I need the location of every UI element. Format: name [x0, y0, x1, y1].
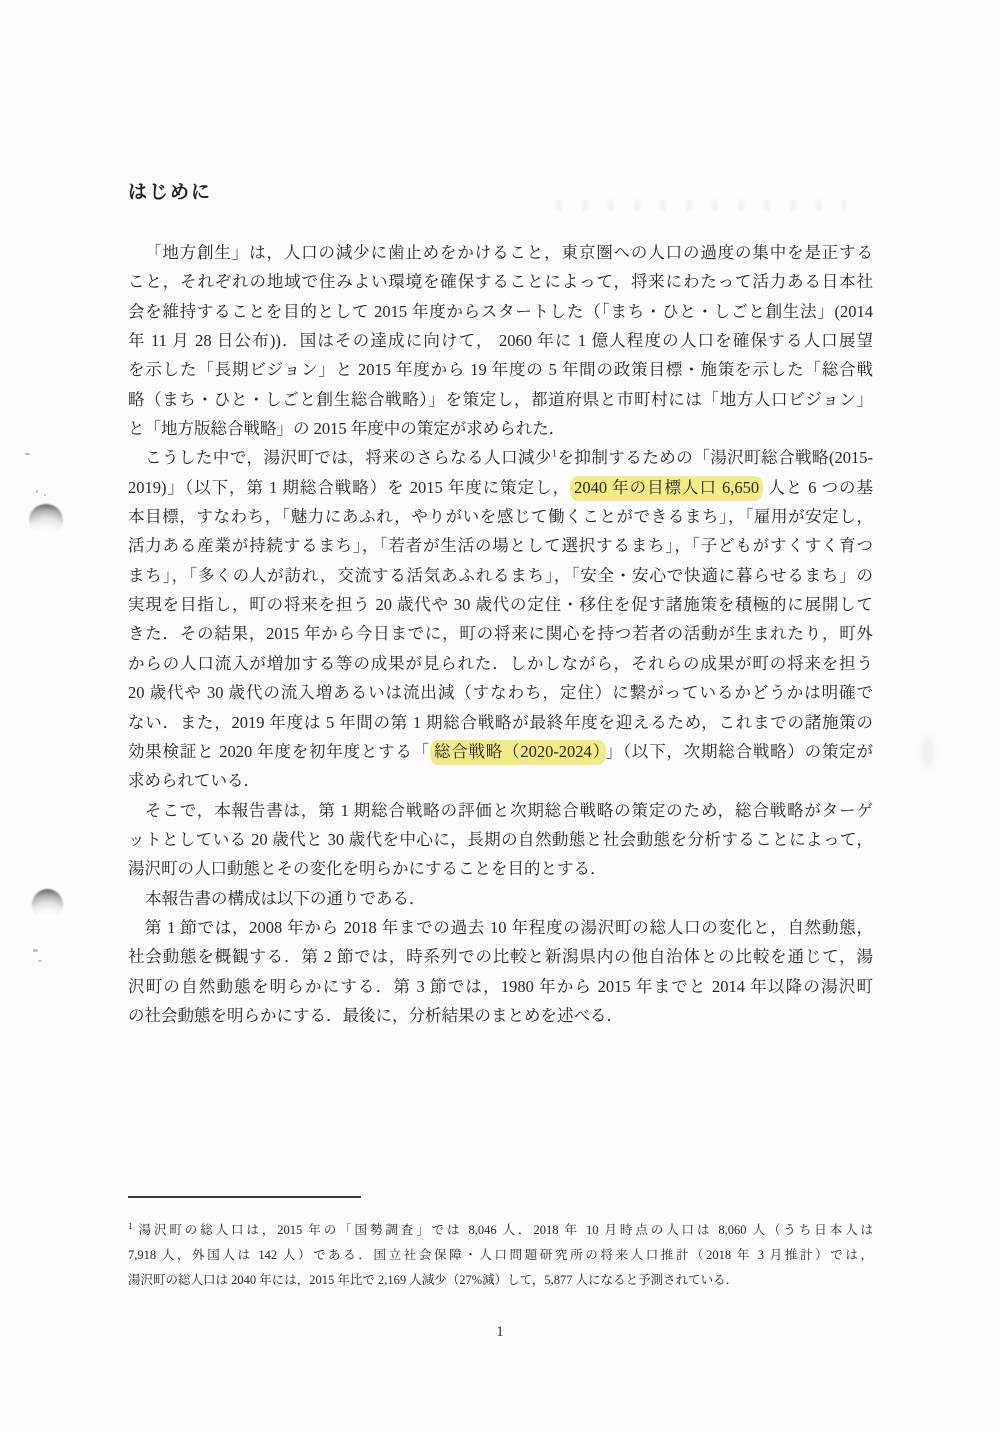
text-line: 湯沢町の総人口は 2040 年には，2015 年比で 2,169 人減少（27%… — [128, 1268, 873, 1293]
text-segment: 活力ある産業が持続するまち」，「若者が生活の場として選択するまち」，「子どもがす… — [128, 536, 873, 555]
text-segment: を示した「長期ビジョン」と 2015 年度から 19 年度の 5 年間の政策目標… — [128, 360, 873, 379]
text-segment: 求められている． — [128, 771, 260, 790]
body-text: 「地方創生」は，人口の減少に歯止めをかけること，東京圏への人口の過度の集中を是正… — [128, 238, 873, 1030]
page-number: 1 — [0, 1324, 1000, 1341]
text-line: 湯沢町の人口動態とその変化を明らかにすることを目的とする． — [128, 854, 873, 883]
text-line: そこで，本報告書は，第 1 期総合戦略の評価と次期総合戦略の策定のため，総合戦略… — [128, 796, 873, 825]
highlighted-text: 2040 年の目標人口 6,650 — [570, 476, 763, 500]
text-line: ットとしている 20 歳代と 30 歳代を中心に，長期の自然動態と社会動態を分析… — [128, 825, 873, 854]
text-line: からの人口流入が増加する等の成果が見られた．しかしながら，それらの成果が町の将来… — [128, 649, 873, 678]
footnote: 1 湯沢町の総人口は，2015 年の「国勢調査」では 8,046 人．2018 … — [128, 1218, 873, 1292]
text-segment: 湯沢町の人口動態とその変化を明らかにすることを目的とする． — [128, 859, 607, 878]
bleed-through-ghost-text — [556, 200, 846, 211]
text-segment: 人と 6 つの基 — [763, 478, 873, 497]
text-line: きた．その結果，2015 年から今日までに，町の将来に関心を持つ若者の活動が生ま… — [128, 619, 873, 648]
text-segment: ない．また，2019 年度は 5 年間の第 1 期総合戦略が最終年度を迎えるため… — [128, 713, 873, 732]
text-segment: 年 11 月 28 日公布))．国はその達成に向けて， 2060 年に 1 億人… — [128, 331, 873, 350]
text-line: 社会動態を概観する．第 2 節では，時系列での比較と新潟県内の他自治体との比較を… — [128, 942, 873, 971]
text-line: 20 歳代や 30 歳代の流入増あるいは流出減（すなわち，定住）に繋がっているか… — [128, 678, 873, 707]
text-line: 本目標，すなわち，「魅力にあふれ，やりがいを感じて働くことができるまち」，「雇用… — [128, 502, 873, 531]
text-line: ない．また，2019 年度は 5 年間の第 1 期総合戦略が最終年度を迎えるため… — [128, 708, 873, 737]
text-segment: そこで，本報告書は，第 1 期総合戦略の評価と次期総合戦略の策定のため，総合戦略… — [145, 801, 873, 820]
text-line: こうした中で，湯沢町では，将来のさらなる人口減少1を抑制するための「湯沢町総合戦… — [128, 443, 873, 472]
text-segment: 沢町の自然動態を明らかにする．第 3 節では，1980 年から 2015 年まで… — [128, 977, 873, 996]
text-segment: を抑制するための「湯沢町総合戦略(2015- — [557, 448, 873, 467]
scan-speck — [38, 960, 42, 962]
text-segment: 7,918 人，外国人は 142 人）である．国立社会保障・人口問題研究所の将来… — [128, 1248, 873, 1262]
text-segment: 効果検証と 2020 年度を初年度とする「 — [128, 742, 430, 761]
text-segment: 略（まち・ひと・しごと創生総合戦略）」を策定し，都道府県と市町村には「地方人口ビ… — [128, 390, 873, 409]
text-line: 7,918 人，外国人は 142 人）である．国立社会保障・人口問題研究所の将来… — [128, 1243, 873, 1268]
text-line: を示した「長期ビジョン」と 2015 年度から 19 年度の 5 年間の政策目標… — [128, 355, 873, 384]
text-line: 「地方創生」は，人口の減少に歯止めをかけること，東京圏への人口の過度の集中を是正… — [128, 238, 873, 267]
text-line: こと，それぞれの地域で住みよい環境を確保することによって，将来にわたって活力ある… — [128, 267, 873, 296]
punch-hole-artifact — [29, 504, 63, 537]
text-segment: と「地方版総合戦略」の 2015 年度中の策定が求められた． — [128, 419, 565, 438]
text-segment: 第 1 節では，2008 年から 2018 年までの過去 10 年程度の湯沢町の… — [145, 918, 873, 937]
text-segment: 本目標，すなわち，「魅力にあふれ，やりがいを感じて働くことができるまち」，「雇用… — [128, 507, 873, 526]
text-segment: 湯沢町の総人口は，2015 年の「国勢調査」では 8,046 人．2018 年 … — [133, 1223, 874, 1237]
text-line: の社会動態を明らかにする．最後に，分析結果のまとめを述べる． — [128, 1001, 873, 1030]
text-segment: 本報告書の構成は以下の通りである． — [145, 889, 426, 908]
text-segment: 「地方創生」は，人口の減少に歯止めをかけること，東京圏への人口の過度の集中を是正… — [145, 243, 873, 262]
text-line: 1 湯沢町の総人口は，2015 年の「国勢調査」では 8,046 人．2018 … — [128, 1218, 873, 1243]
text-segment: 湯沢町の総人口は 2040 年には，2015 年比で 2,169 人減少（27%… — [128, 1273, 738, 1287]
scan-speck — [33, 949, 38, 952]
text-line: 年 11 月 28 日公布))．国はその達成に向けて， 2060 年に 1 億人… — [128, 326, 873, 355]
text-segment: 会を維持することを目的として 2015 年度からスタートした（「まち・ひと・しご… — [128, 302, 873, 321]
text-segment: の社会動態を明らかにする．最後に，分析結果のまとめを述べる． — [128, 1006, 623, 1025]
footnote-separator — [128, 1196, 361, 1198]
text-line: 会を維持することを目的として 2015 年度からスタートした（「まち・ひと・しご… — [128, 297, 873, 326]
page-title: はじめに — [128, 179, 212, 207]
text-line: 求められている． — [128, 766, 873, 795]
text-line: 本報告書の構成は以下の通りである． — [128, 884, 873, 913]
text-segment: からの人口流入が増加する等の成果が見られた．しかしながら，それらの成果が町の将来… — [128, 654, 873, 673]
text-line: 第 1 節では，2008 年から 2018 年までの過去 10 年程度の湯沢町の… — [128, 913, 873, 942]
text-segment: 」（以下，次期総合戦略）の策定が — [606, 742, 873, 761]
text-segment: 社会動態を概観する．第 2 節では，時系列での比較と新潟県内の他自治体との比較を… — [128, 947, 873, 966]
scan-smudge — [921, 736, 934, 768]
text-line: 実現を目指し，町の将来を担う 20 歳代や 30 歳代の定住・移住を促す諸施策を… — [128, 590, 873, 619]
text-line: 2019)」（以下，第 1 期総合戦略）を 2015 年度に策定し，2040 年… — [128, 473, 873, 502]
punch-hole-artifact — [32, 889, 63, 921]
text-segment: こと，それぞれの地域で住みよい環境を確保することによって，将来にわたって活力ある… — [128, 272, 873, 291]
text-segment: ットとしている 20 歳代と 30 歳代を中心に，長期の自然動態と社会動態を分析… — [128, 830, 873, 849]
text-segment: まち」，「多くの人が訪れ，交流する活気あふれるまち」，「安全・安心で快適に暮らせ… — [128, 566, 873, 585]
text-line: 活力ある産業が持続するまち」，「若者が生活の場として選択するまち」，「子どもがす… — [128, 531, 873, 560]
scan-speck — [36, 490, 38, 493]
highlighted-text: 総合戦略（2020-2024） — [430, 740, 606, 764]
scan-speck — [44, 494, 46, 496]
scan-speck — [25, 453, 30, 455]
text-segment: こうした中で，湯沢町では，将来のさらなる人口減少 — [145, 448, 552, 467]
text-line: と「地方版総合戦略」の 2015 年度中の策定が求められた． — [128, 414, 873, 443]
text-segment: 実現を目指し，町の将来を担う 20 歳代や 30 歳代の定住・移住を促す諸施策を… — [128, 595, 873, 614]
text-segment: 20 歳代や 30 歳代の流入増あるいは流出減（すなわち，定住）に繋がっているか… — [128, 683, 873, 702]
text-line: まち」，「多くの人が訪れ，交流する活気あふれるまち」，「安全・安心で快適に暮らせ… — [128, 561, 873, 590]
scanned-document-page: はじめに 「地方創生」は，人口の減少に歯止めをかけること，東京圏への人口の過度の… — [0, 0, 1000, 1429]
text-segment: 2019)」（以下，第 1 期総合戦略）を 2015 年度に策定し， — [128, 478, 570, 497]
text-line: 沢町の自然動態を明らかにする．第 3 節では，1980 年から 2015 年まで… — [128, 972, 873, 1001]
text-line: 効果検証と 2020 年度を初年度とする「総合戦略（2020-2024）」（以下… — [128, 737, 873, 766]
text-line: 略（まち・ひと・しごと創生総合戦略）」を策定し，都道府県と市町村には「地方人口ビ… — [128, 385, 873, 414]
text-segment: きた．その結果，2015 年から今日までに，町の将来に関心を持つ若者の活動が生ま… — [128, 624, 873, 643]
